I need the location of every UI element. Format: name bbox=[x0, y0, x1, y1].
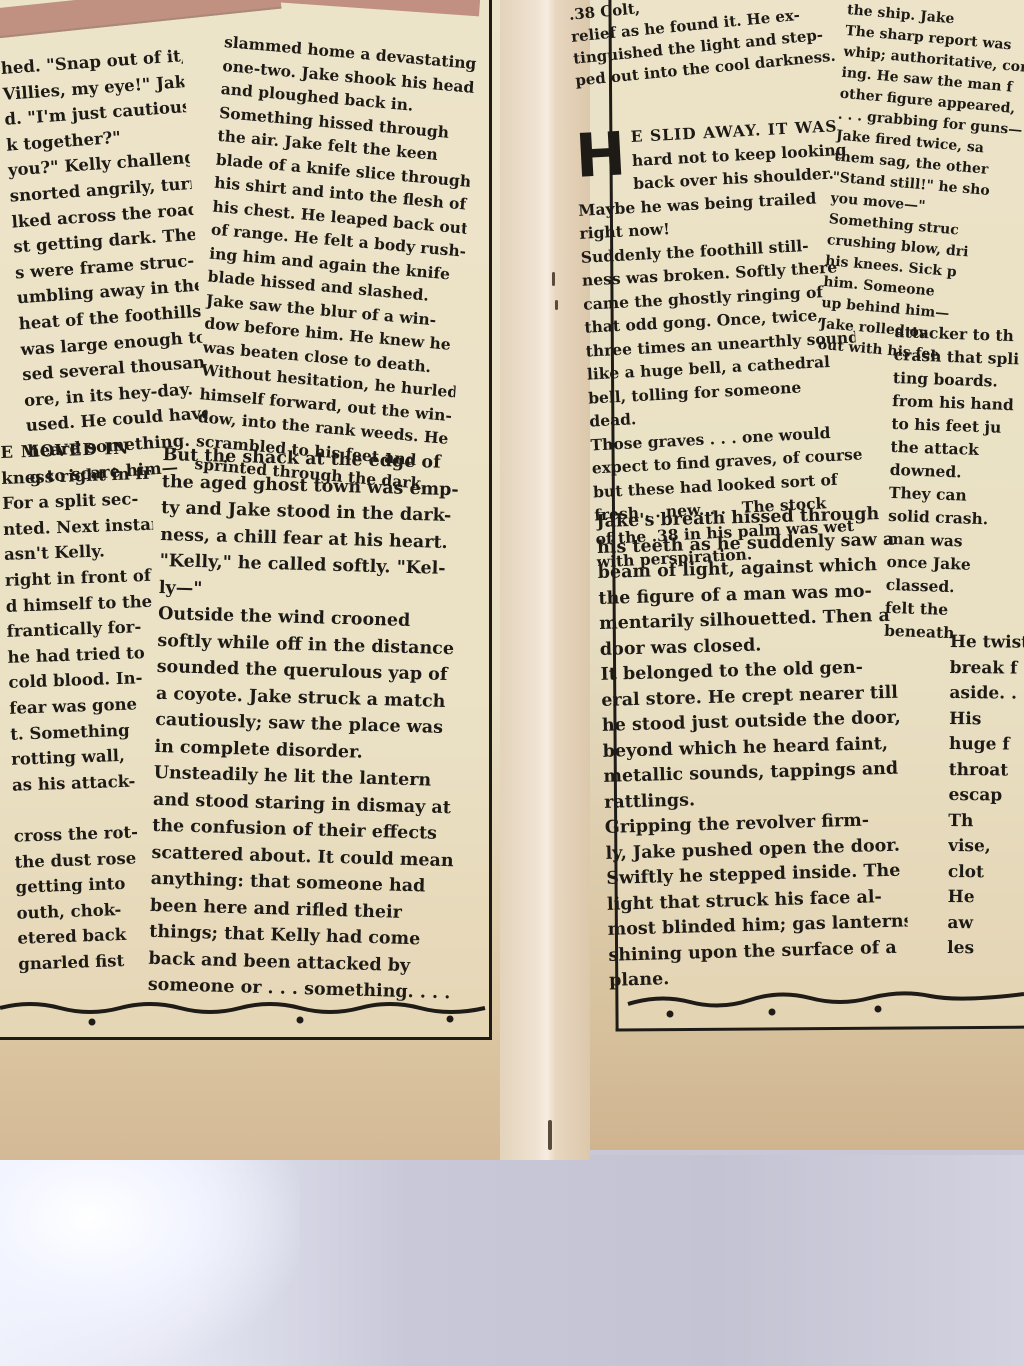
text-column-b: slammed home a devastatingone-two. Jake … bbox=[194, 30, 479, 498]
crease-mark bbox=[555, 300, 558, 310]
text-line: aside. . bbox=[949, 681, 1024, 707]
squiggle-ornament bbox=[620, 990, 1024, 1020]
table-surface bbox=[0, 1155, 1024, 1366]
text-column-g: the ship. JakeThe sharp report waswhip; … bbox=[817, 0, 1024, 372]
text-column-c: But the shack at the edge ofthe aged gho… bbox=[147, 442, 484, 1007]
text-line: He bbox=[948, 885, 1024, 911]
text-line: les bbox=[947, 936, 1024, 962]
text-column-f: Jake's breath hissed throughhis teeth as… bbox=[596, 502, 909, 995]
drop-cap: H bbox=[574, 129, 627, 182]
text-line: His bbox=[949, 706, 1024, 732]
text-column-i: He twistbreak faside. .Hishuge fthroates… bbox=[947, 630, 1024, 962]
text-line: He twist bbox=[950, 630, 1024, 656]
text-line: break f bbox=[950, 655, 1024, 681]
light-glare bbox=[0, 1155, 300, 1366]
text-line: Th bbox=[948, 808, 1024, 834]
text-line: throat bbox=[949, 757, 1024, 783]
text-line: escap bbox=[948, 783, 1024, 809]
text-column-a: hed. "Snap out of it, guy."Villies, my e… bbox=[0, 43, 212, 490]
text-line: gnarled fist bbox=[18, 946, 169, 977]
crease-tear bbox=[548, 1120, 552, 1150]
text-line: clot bbox=[948, 859, 1024, 885]
crease-mark bbox=[552, 272, 555, 286]
text-line: huge f bbox=[949, 732, 1024, 758]
text-line: fear was gone bbox=[9, 691, 160, 722]
text-line: aw bbox=[947, 910, 1024, 936]
text-column-h: attacker to thcrash that spliting boards… bbox=[884, 320, 1024, 647]
text-line: vise, bbox=[948, 834, 1024, 860]
text-column-a2: E MOVED IN kness right in frontFor a spl… bbox=[0, 435, 169, 977]
